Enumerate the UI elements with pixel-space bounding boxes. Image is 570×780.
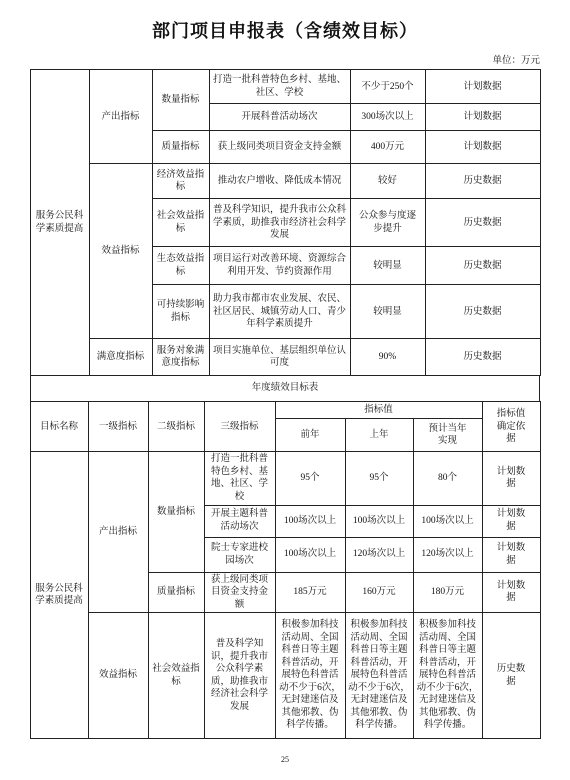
- header-expected-current-year: 预计当年实现: [413, 419, 482, 452]
- level2-cell-service-satisfaction: 服务对象满意度指标: [152, 339, 209, 376]
- value-prev1-cell: 积极参加科技活动周、全国科普日等主题科普活动，开展特色科普活动不少于6次，无封建…: [345, 613, 413, 739]
- basis-cell: 计划数据: [482, 452, 540, 505]
- indicator-desc-cell: 开展科普活动场次: [209, 104, 350, 131]
- indicator-value-cell: 较好: [350, 164, 425, 199]
- indicator-value-cell: 公众参与度逐步提升: [350, 199, 425, 247]
- indicator-desc-cell: 助力我市都市农业发展、农民、社区居民、城镇劳动人口、青少年科学素质提升: [209, 285, 350, 339]
- level1-cell-output: 产出指标: [88, 452, 148, 613]
- level3-desc-cell: 院士专家进校园场次: [204, 537, 275, 572]
- basis-cell: 历史数据: [425, 285, 540, 339]
- goal-name-cell: 服务公民科学素质提高: [30, 452, 88, 739]
- header-year-before-last: 前年: [275, 419, 345, 452]
- table-header-row: 目标名称 一级指标 二级指标 三级指标 指标值 指标值确定依据: [30, 402, 540, 419]
- value-current-cell: 120场次以上: [413, 537, 482, 572]
- basis-cell: 计划数据: [425, 104, 540, 131]
- header-level2: 二级指标: [148, 402, 204, 452]
- basis-cell: 历史数据: [425, 247, 540, 285]
- page-title: 部门项目申报表（含绩效目标）: [0, 20, 570, 43]
- header-level1: 一级指标: [88, 402, 148, 452]
- level3-desc-cell: 打造一批科普特色乡村、基地、社区、学校: [204, 452, 275, 505]
- table-row: 效益指标 经济效益指标 推动农户增收、降低成本情况 较好 历史数据: [30, 164, 540, 199]
- level2-cell-economic: 经济效益指标: [152, 164, 209, 199]
- level2-cell-quality: 质量指标: [148, 572, 204, 613]
- level2-cell-quantity: 数量指标: [152, 70, 209, 131]
- level2-cell-sustainability: 可持续影响指标: [152, 285, 209, 339]
- page-number: 25: [0, 755, 570, 764]
- table-row: 效益指标 社会效益指标 普及科学知识，提升我市公众科学素质，助推我市经济社会科学…: [30, 613, 540, 739]
- value-prev2-cell: 100场次以上: [275, 537, 345, 572]
- basis-cell: 历史数据: [425, 164, 540, 199]
- indicator-desc-cell: 推动农户增收、降低成本情况: [209, 164, 350, 199]
- level3-desc-cell: 开展主题科普活动场次: [204, 505, 275, 537]
- header-indicator-value-group: 指标值: [275, 402, 482, 419]
- level2-cell-quantity: 数量指标: [148, 452, 204, 572]
- indicator-value-cell: 90%: [350, 339, 425, 376]
- level1-cell-benefit: 效益指标: [89, 164, 152, 339]
- level2-cell-social: 社会效益指标: [152, 199, 209, 247]
- indicator-desc-cell: 获上级同类项目资金支持金额: [209, 131, 350, 164]
- level2-cell-quality: 质量指标: [152, 131, 209, 164]
- level2-cell-ecological: 生态效益指标: [152, 247, 209, 285]
- level2-cell-social: 社会效益指标: [148, 613, 204, 739]
- indicator-desc-cell: 项目实施单位、基层组织单位认可度: [209, 339, 350, 376]
- level1-cell-satisfaction: 满意度指标: [89, 339, 152, 376]
- table-row: 服务公民科学素质提高 产出指标 数量指标 打造一批科普特色乡村、基地、社区、学校…: [30, 452, 540, 505]
- level3-desc-cell: 获上级同类项目资金支持金额: [204, 572, 275, 613]
- indicator-value-cell: 不少于250个: [350, 70, 425, 104]
- basis-cell: 计划数据: [425, 70, 540, 104]
- indicator-desc-cell: 普及科学知识，提升我市公众科学素质，助推我市经济社会科学发展: [209, 199, 350, 247]
- header-basis: 指标值确定依据: [482, 402, 540, 452]
- indicator-value-cell: 较明显: [350, 285, 425, 339]
- basis-cell: 计划数据: [482, 537, 540, 572]
- level1-cell-benefit: 效益指标: [88, 613, 148, 739]
- header-last-year: 上年: [345, 419, 413, 452]
- value-current-cell: 积极参加科技活动周、全国科普日等主题科普活动，开展特色科普活动不少于6次，无封建…: [413, 613, 482, 739]
- indicator-value-cell: 400万元: [350, 131, 425, 164]
- value-prev1-cell: 95个: [345, 452, 413, 505]
- value-prev1-cell: 120场次以上: [345, 537, 413, 572]
- unit-note: 单位：万元: [30, 52, 540, 66]
- header-goal-name: 目标名称: [30, 402, 88, 452]
- basis-cell: 计划数据: [425, 131, 540, 164]
- basis-cell: 计划数据: [482, 572, 540, 613]
- value-prev2-cell: 95个: [275, 452, 345, 505]
- goal-name-cell: 服务公民科学素质提高: [30, 70, 89, 376]
- level3-desc-cell: 普及科学知识，提升我市公众科学素质，助推我市经济社会科学发展: [204, 613, 275, 739]
- basis-cell: 计划数据: [482, 505, 540, 537]
- indicator-value-cell: 较明显: [350, 247, 425, 285]
- indicator-value-cell: 300场次以上: [350, 104, 425, 131]
- value-current-cell: 80个: [413, 452, 482, 505]
- value-prev2-cell: 100场次以上: [275, 505, 345, 537]
- value-current-cell: 100场次以上: [413, 505, 482, 537]
- value-prev2-cell: 185万元: [275, 572, 345, 613]
- value-prev1-cell: 100场次以上: [345, 505, 413, 537]
- indicator-desc-cell: 打造一批科普特色乡村、基地、社区、学校: [209, 70, 350, 104]
- annual-performance-table: 目标名称 一级指标 二级指标 三级指标 指标值 指标值确定依据 前年 上年 预计…: [30, 401, 541, 739]
- value-prev1-cell: 160万元: [345, 572, 413, 613]
- value-prev2-cell: 积极参加科技活动周、全国科普日等主题科普活动，开展特色科普活动不少于6次，无封建…: [275, 613, 345, 739]
- table-row: 服务公民科学素质提高 产出指标 数量指标 打造一批科普特色乡村、基地、社区、学校…: [30, 70, 540, 104]
- performance-indicator-table: 服务公民科学素质提高 产出指标 数量指标 打造一批科普特色乡村、基地、社区、学校…: [30, 69, 541, 376]
- indicator-desc-cell: 项目运行对改善环境、资源综合利用开发、节约资源作用: [209, 247, 350, 285]
- basis-cell: 历史数据: [482, 613, 540, 739]
- document-page: 部门项目申报表（含绩效目标） 单位：万元 服务公民科学素质提高 产出指标 数量指…: [0, 0, 570, 780]
- header-level3: 三级指标: [204, 402, 275, 452]
- annual-table-caption: 年度绩效目标表: [30, 376, 540, 401]
- table-row: 满意度指标 服务对象满意度指标 项目实施单位、基层组织单位认可度 90% 历史数…: [30, 339, 540, 376]
- value-current-cell: 180万元: [413, 572, 482, 613]
- level1-cell-output: 产出指标: [89, 70, 152, 164]
- basis-cell: 历史数据: [425, 339, 540, 376]
- basis-cell: 历史数据: [425, 199, 540, 247]
